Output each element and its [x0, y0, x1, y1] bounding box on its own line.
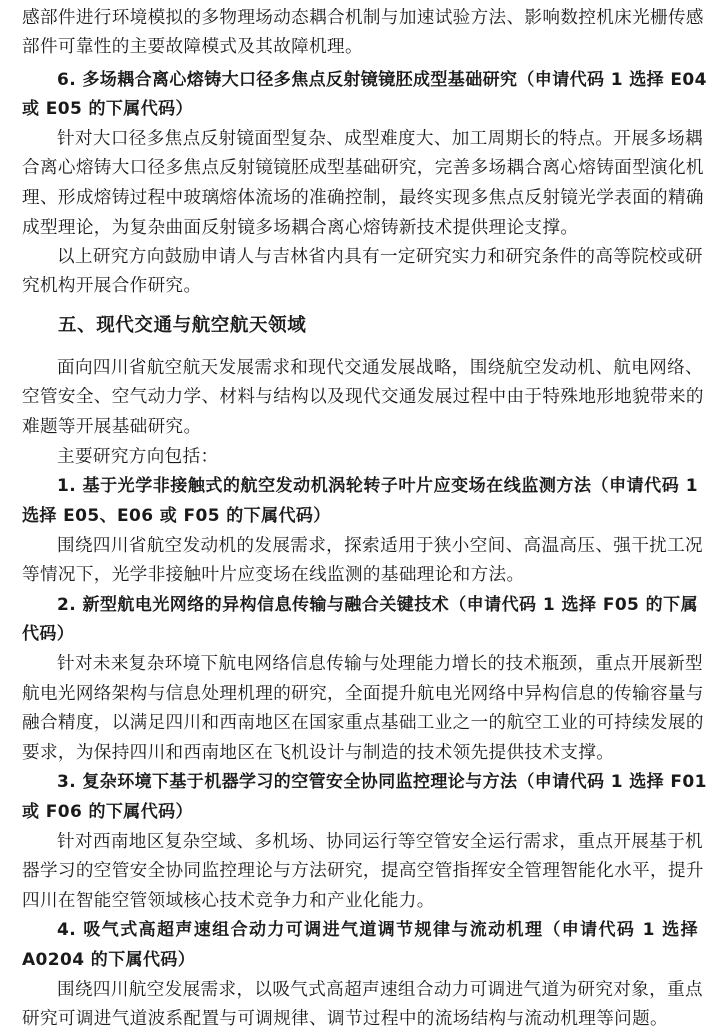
research-item-title: 或 F06 的下属代码） [22, 801, 698, 823]
research-item-title: 1. 基于光学非接触式的航空发动机涡轮转子叶片应变场在线监测方法（申请代码 1 [57, 475, 698, 497]
body-text-line: 以上研究方向鼓励申请人与吉林省内具有一定研究实力和研究条件的高等院校或研 [57, 246, 698, 268]
research-item-title: 选择 E05、E06 或 F05 的下属代码） [22, 505, 698, 527]
body-text-line: 围绕四川省航空发动机的发展需求，探索适用于狭小空间、高温高压、强干扰工况 [57, 535, 698, 557]
body-text-line: 理、形成熔铸过程中玻璃熔体流场的准确控制，最终实现多焦点反射镜光学表面的精确 [22, 187, 698, 209]
body-text-line: 等情况下，光学非接触叶片应变场在线监测的基础理论和方法。 [22, 564, 698, 586]
body-text-line: 针对西南地区复杂空域、多机场、协同运行等空管安全运行需求，重点开展基于机 [57, 831, 698, 853]
research-item-title: A0204 的下属代码） [22, 949, 698, 971]
body-text-line: 围绕四川航空发展需求，以吸气式高超声速组合动力可调进气道为研究对象，重点 [57, 979, 698, 1001]
body-text-line: 研究可调进气道波系配置与可调规律、调节过程中的流场结构与流动机理等问题。 [22, 1008, 698, 1027]
body-text-line: 融合精度，以满足四川和西南地区在国家重点基础工业之一的航空工业的可持续发展的 [22, 712, 698, 734]
body-text-line: 针对大口径多焦点反射镜面型复杂、成型难度大、加工周期长的特点。开展多场耦 [57, 128, 698, 150]
body-text-line: 部件可靠性的主要故障模式及其故障机理。 [22, 36, 698, 58]
body-text-line: 面向四川省航空航天发展需求和现代交通发展战略，围绕航空发动机、航电网络、 [57, 357, 698, 379]
research-item-title: 4. 吸气式高超声速组合动力可调进气道调节规律与流动机理（申请代码 1 选择 [57, 919, 698, 941]
body-text-line: 四川在智能空管领域核心技术竞争力和产业化能力。 [22, 890, 698, 912]
body-text-line: 感部件进行环境模拟的多物理场动态耦合机制与加速试验方法、影响数控机床光栅传感 [22, 7, 698, 29]
body-text-line: 器学习的空管安全协同监控理论与方法研究，提高空管指挥安全管理智能化水平，提升 [22, 860, 698, 882]
research-item-title: 2. 新型航电光网络的异构信息传输与融合关键技术（申请代码 1 选择 F05 的… [57, 594, 698, 616]
body-text-line: 难题等开展基础研究。 [22, 416, 698, 438]
body-text-line: 要求，为保持四川和西南地区在飞机设计与制造的技术领先提供技术支撑。 [22, 742, 698, 764]
research-item-title: 3. 复杂环境下基于机器学习的空管安全协同监控理论与方法（申请代码 1 选择 F… [57, 771, 698, 793]
research-item-title: 6. 多场耦合离心熔铸大口径多焦点反射镜镜胚成型基础研究（申请代码 1 选择 E… [57, 69, 698, 91]
section-heading: 五、现代交通与航空航天领域 [58, 315, 720, 337]
research-item-title: 或 E05 的下属代码） [22, 98, 698, 120]
body-text-line: 主要研究方向包括： [57, 446, 698, 468]
body-text-line: 究机构开展合作研究。 [22, 275, 698, 297]
body-text-line: 合离心熔铸大口径多焦点反射镜镜胚成型基础研究，完善多场耦合离心熔铸面型演化机 [22, 157, 698, 179]
body-text-line: 空管安全、空气动力学、材料与结构以及现代交通发展过程中由于特殊地形地貌带来的 [22, 386, 698, 408]
body-text-line: 成型理论，为复杂曲面反射镜多场耦合离心熔铸新技术提供理论支撑。 [22, 217, 698, 239]
body-text-line: 航电光网络架构与信息处理机理的研究，全面提升航电光网络中异构信息的传输容量与 [22, 683, 698, 705]
research-item-title: 代码） [22, 623, 698, 645]
body-text-line: 针对未来复杂环境下航电网络信息传输与处理能力增长的技术瓶颈，重点开展新型 [57, 653, 698, 675]
